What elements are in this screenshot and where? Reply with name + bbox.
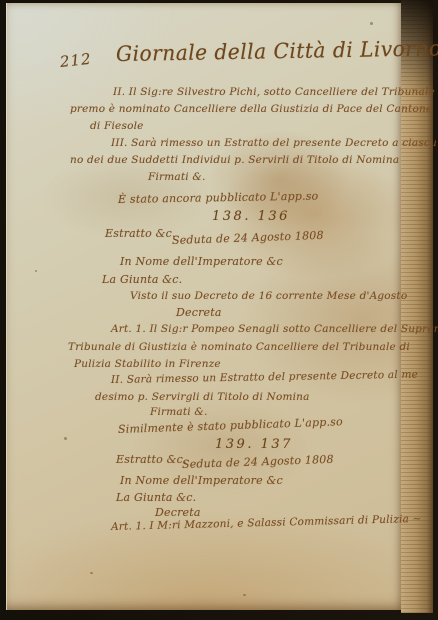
manuscript-line: Estratto &c. xyxy=(105,227,176,240)
manuscript-line: II. Il Sig:re Silvestro Pichi, sotto Can… xyxy=(113,86,438,98)
manuscript-line: Firmati &. xyxy=(150,406,207,418)
manuscript-line: È stato ancora pubblicato L'app.so xyxy=(118,190,319,206)
manuscript-line: Art. 1. Il Sig:r Pompeo Senagli sotto Ca… xyxy=(111,323,438,335)
manuscript-line: no dei due Suddetti Individui p. Servirl… xyxy=(70,154,399,166)
manuscript-line: Firmati &. xyxy=(148,171,205,183)
manuscript-line: La Giunta &c. xyxy=(116,491,196,504)
page-title: Giornale della Città di Livorno xyxy=(116,36,438,66)
manuscript-line: Decreta xyxy=(176,306,222,319)
manuscript-line: In Nome dell'Imperatore &c xyxy=(120,255,283,268)
manuscript-line: di Fiesole xyxy=(90,120,144,132)
manuscript-line: Tribunale di Giustizia è nominato Cancel… xyxy=(68,341,410,353)
manuscript-line: Visto il suo Decreto de 16 corrente Mese… xyxy=(130,290,407,302)
handwritten-text-layer: 212 Giornale della Città di Livorno II. … xyxy=(0,0,438,620)
manuscript-line: Seduta de 24 Agosto 1808 xyxy=(182,453,334,471)
register-numbers: 139. 137 xyxy=(215,437,293,452)
manuscript-line: Decreta xyxy=(155,506,201,519)
manuscript-line: desimo p. Servirgli di Titolo di Nomina xyxy=(95,391,310,403)
manuscript-line: In Nome dell'Imperatore &c xyxy=(120,474,283,487)
manuscript-line: premo è nominato Cancelliere della Giust… xyxy=(70,103,432,115)
manuscript-line: II. Sarà rimesso un Estratto del present… xyxy=(111,369,418,386)
manuscript-line: Similmente è stato pubblicato L'app.so xyxy=(118,415,343,436)
manuscript-line: Estratto &c. xyxy=(116,453,187,466)
manuscript-line: III. Sarà rimesso un Estratto del presen… xyxy=(111,137,437,149)
manuscript-line: Pulizia Stabilito in Firenze xyxy=(74,358,221,370)
manuscript-line: La Giunta &c. xyxy=(102,273,182,286)
page-number: 212 xyxy=(59,50,92,71)
manuscript-line: Seduta de 24 Agosto 1808 xyxy=(172,229,324,247)
register-numbers: 138. 136 xyxy=(212,209,290,224)
manuscript-photo: 212 Giornale della Città di Livorno II. … xyxy=(0,0,438,620)
